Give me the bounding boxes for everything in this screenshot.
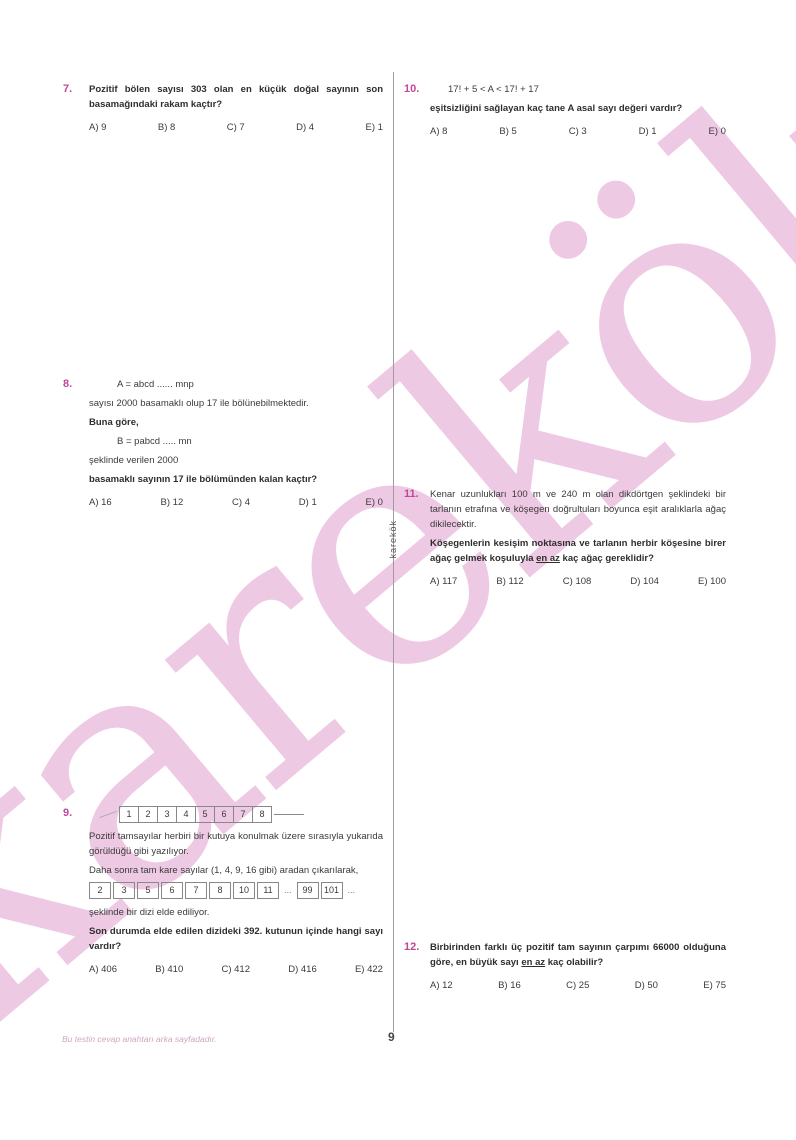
question-number: 8. bbox=[63, 377, 72, 392]
option-e[interactable]: E) 0 bbox=[366, 495, 383, 510]
expression-a: A = abcd ...... mnp bbox=[89, 377, 383, 392]
question-text: basamaklı sayının 17 ile bölümünden kala… bbox=[89, 472, 383, 487]
question-text-part: kaç ağaç gereklidir? bbox=[560, 553, 654, 564]
statement-line: Buna göre, bbox=[89, 415, 383, 430]
question-number: 11. bbox=[404, 487, 419, 502]
option-c[interactable]: C) 108 bbox=[563, 574, 592, 589]
number-box: 3 bbox=[113, 882, 135, 899]
number-box: 4 bbox=[177, 807, 196, 822]
number-box: 1 bbox=[120, 807, 139, 822]
page-number: 9 bbox=[388, 1030, 395, 1044]
statement-line: sayısı 2000 basamaklı olup 17 ile bölüne… bbox=[89, 396, 383, 411]
number-box: 6 bbox=[215, 807, 234, 822]
question-text: eşitsizliğini sağlayan kaç tane A asal s… bbox=[430, 101, 726, 116]
answer-options: A) 16 B) 12 C) 4 D) 1 E) 0 bbox=[89, 495, 383, 510]
statement-text: Kenar uzunlukları 100 m ve 240 m olan di… bbox=[430, 487, 726, 532]
question-12: 12. Birbirinden farklı üç pozitif tam sa… bbox=[430, 940, 726, 993]
question-text: Pozitif bölen sayısı 303 olan en küçük d… bbox=[89, 82, 383, 112]
answer-options: A) 406 B) 410 C) 412 D) 416 E) 422 bbox=[89, 962, 383, 977]
option-b[interactable]: B) 16 bbox=[498, 978, 521, 993]
statement-line: Pozitif tamsayılar herbiri bir kutuya ko… bbox=[89, 829, 383, 859]
number-box: 10 bbox=[233, 882, 255, 899]
answer-options: A) 9 B) 8 C) 7 D) 4 E) 1 bbox=[89, 120, 383, 135]
option-a[interactable]: A) 16 bbox=[89, 495, 112, 510]
number-box: 2 bbox=[89, 882, 111, 899]
answer-options: A) 12 B) 16 C) 25 D) 50 E) 75 bbox=[430, 978, 726, 993]
option-e[interactable]: E) 75 bbox=[703, 978, 726, 993]
option-b[interactable]: B) 5 bbox=[499, 124, 516, 139]
box-sequence-original: 12345678 bbox=[89, 806, 383, 823]
question-9: 9. 12345678 Pozitif tamsayılar herbiri b… bbox=[89, 806, 383, 977]
number-box: 101 bbox=[321, 882, 343, 899]
side-publisher-label: karekök bbox=[388, 520, 398, 559]
number-box: 5 bbox=[137, 882, 159, 899]
option-d[interactable]: D) 4 bbox=[296, 120, 314, 135]
option-a[interactable]: A) 406 bbox=[89, 962, 117, 977]
question-number: 10. bbox=[404, 82, 419, 97]
ellipsis: ... bbox=[345, 883, 359, 898]
number-box: 8 bbox=[253, 807, 271, 822]
number-box: 5 bbox=[196, 807, 215, 822]
sequence-lead-line bbox=[99, 811, 116, 818]
option-d[interactable]: D) 50 bbox=[635, 978, 658, 993]
option-e[interactable]: E) 100 bbox=[698, 574, 726, 589]
sequence-tail-line bbox=[274, 814, 304, 815]
statement-line: şeklinde bir dizi elde ediliyor. bbox=[89, 905, 383, 920]
number-box: 7 bbox=[234, 807, 253, 822]
number-box: 11 bbox=[257, 882, 279, 899]
option-e[interactable]: E) 422 bbox=[355, 962, 383, 977]
option-d[interactable]: D) 1 bbox=[639, 124, 657, 139]
question-10: 10. 17! + 5 < A < 17! + 17 eşitsizliğini… bbox=[430, 82, 726, 139]
inequality-expression: 17! + 5 < A < 17! + 17 bbox=[430, 82, 726, 97]
option-c[interactable]: C) 412 bbox=[221, 962, 250, 977]
option-d[interactable]: D) 416 bbox=[288, 962, 317, 977]
option-c[interactable]: C) 7 bbox=[227, 120, 245, 135]
option-b[interactable]: B) 112 bbox=[496, 574, 523, 589]
option-d[interactable]: D) 1 bbox=[299, 495, 317, 510]
question-number: 9. bbox=[63, 806, 72, 821]
number-box: 2 bbox=[139, 807, 158, 822]
box-sequence-filtered: 2356781011...99101... bbox=[89, 882, 383, 899]
footer-note: Bu testin cevap anahtarı arka sayfadadır… bbox=[62, 1034, 217, 1044]
option-b[interactable]: B) 12 bbox=[161, 495, 184, 510]
option-e[interactable]: E) 1 bbox=[366, 120, 383, 135]
ellipsis: ... bbox=[281, 883, 295, 898]
expression-b: B = pabcd ..... mn bbox=[89, 434, 383, 449]
option-a[interactable]: A) 117 bbox=[430, 574, 457, 589]
statement-line: Daha sonra tam kare sayılar (1, 4, 9, 16… bbox=[89, 863, 383, 878]
option-b[interactable]: B) 410 bbox=[155, 962, 183, 977]
option-c[interactable]: C) 25 bbox=[566, 978, 589, 993]
number-boxes: 12345678 bbox=[119, 806, 272, 823]
question-text: Köşegenlerin kesişim noktasına ve tarlan… bbox=[430, 536, 726, 566]
answer-options: A) 8 B) 5 C) 3 D) 1 E) 0 bbox=[430, 124, 726, 139]
question-text: Birbirinden farklı üç pozitif tam sayını… bbox=[430, 940, 726, 970]
option-e[interactable]: E) 0 bbox=[709, 124, 726, 139]
number-box: 99 bbox=[297, 882, 319, 899]
question-number: 7. bbox=[63, 82, 72, 97]
option-d[interactable]: D) 104 bbox=[630, 574, 659, 589]
answer-options: A) 117 B) 112 C) 108 D) 104 E) 100 bbox=[430, 574, 726, 589]
option-c[interactable]: C) 4 bbox=[232, 495, 250, 510]
emphasis-underlined: en az bbox=[536, 553, 560, 564]
option-a[interactable]: A) 8 bbox=[430, 124, 447, 139]
option-a[interactable]: A) 12 bbox=[430, 978, 453, 993]
option-a[interactable]: A) 9 bbox=[89, 120, 106, 135]
statement-line: şeklinde verilen 2000 bbox=[89, 453, 383, 468]
question-8: 8. A = abcd ...... mnp sayısı 2000 basam… bbox=[89, 377, 383, 510]
question-11: 11. Kenar uzunlukları 100 m ve 240 m ola… bbox=[430, 487, 726, 589]
number-box: 3 bbox=[158, 807, 177, 822]
option-b[interactable]: B) 8 bbox=[158, 120, 175, 135]
option-c[interactable]: C) 3 bbox=[569, 124, 587, 139]
number-box: 8 bbox=[209, 882, 231, 899]
question-text-part: kaç olabilir? bbox=[545, 957, 603, 968]
question-number: 12. bbox=[404, 940, 419, 955]
question-7: 7. Pozitif bölen sayısı 303 olan en küçü… bbox=[89, 82, 383, 135]
emphasis-underlined: en az bbox=[521, 957, 545, 968]
question-text: Son durumda elde edilen dizideki 392. ku… bbox=[89, 924, 383, 954]
number-box: 7 bbox=[185, 882, 207, 899]
number-box: 6 bbox=[161, 882, 183, 899]
